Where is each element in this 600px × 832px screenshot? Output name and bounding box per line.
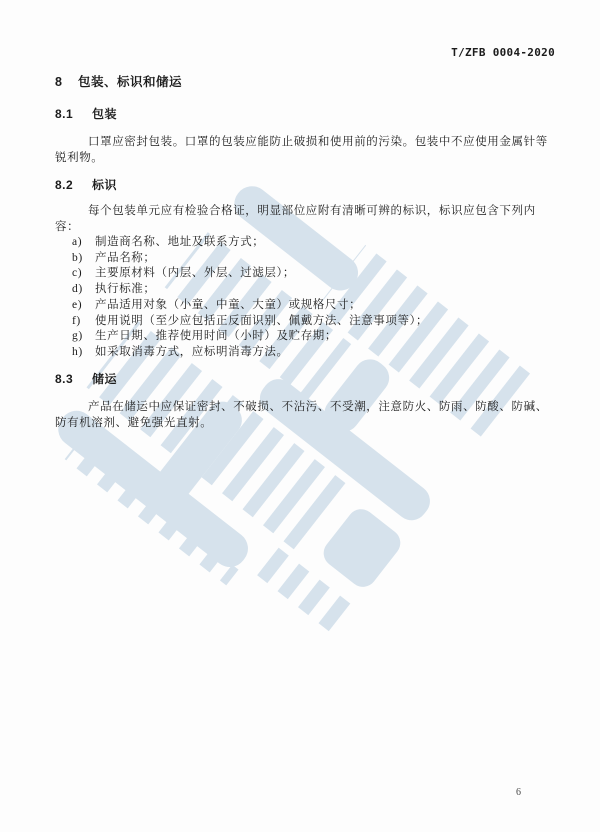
- section-title: 标识: [92, 178, 117, 192]
- section-heading-8: 8包装、标识和储运: [55, 75, 555, 90]
- section-heading-8-3: 8.3储运: [55, 372, 555, 387]
- section-heading-8-2: 8.2标识: [55, 178, 555, 193]
- list-item: f) 使用说明（至少应包括正反面识别、佩戴方法、注意事项等）；: [72, 314, 555, 330]
- item-label: f): [72, 314, 95, 330]
- list-item: c) 主要原材料（内层、外层、过滤层）；: [72, 266, 555, 282]
- section-title: 包装: [92, 107, 117, 121]
- document-content: T/ZFB 0004-2020 8包装、标识和储运 8.1包装 口罩应密封包装。…: [0, 0, 600, 432]
- page-number: 6: [516, 787, 521, 798]
- section-number: 8: [55, 75, 78, 90]
- document-page: T/ZFB 0004-2020 8包装、标识和储运 8.1包装 口罩应密封包装。…: [0, 0, 600, 832]
- item-text: 生产日期、推荐使用时间（小时）及贮存期；: [95, 329, 555, 345]
- item-label: c): [72, 266, 95, 282]
- list-item: g) 生产日期、推荐使用时间（小时）及贮存期；: [72, 329, 555, 345]
- item-text: 产品名称；: [95, 251, 555, 267]
- section-heading-8-1: 8.1包装: [55, 107, 555, 122]
- item-text: 产品适用对象（小童、中童、大童）或规格尺寸；: [95, 298, 555, 314]
- list-item: b) 产品名称；: [72, 251, 555, 267]
- item-text: 使用说明（至少应包括正反面识别、佩戴方法、注意事项等）；: [95, 314, 555, 330]
- item-text: 主要原材料（内层、外层、过滤层）；: [95, 266, 555, 282]
- section-number: 8.2: [55, 178, 92, 193]
- paragraph-storage: 产品在储运中应保证密封、不破损、不沾污、不受潮，注意防火、防雨、防酸、防碱、防有…: [55, 399, 555, 432]
- item-label: d): [72, 282, 95, 298]
- list-item: a) 制造商名称、地址及联系方式；: [72, 235, 555, 251]
- item-label: a): [72, 235, 95, 251]
- section-title: 储运: [92, 372, 117, 386]
- paragraph-marking-intro: 每个包装单元应有检验合格证，明显部位应附有清晰可辨的标识，标识应包含下列内容：: [55, 204, 555, 235]
- marking-items-list: a) 制造商名称、地址及联系方式； b) 产品名称； c) 主要原材料（内层、外…: [72, 235, 555, 361]
- list-item: h) 如采取消毒方式，应标明消毒方法。: [72, 345, 555, 361]
- section-number: 8.1: [55, 107, 92, 122]
- item-text: 如采取消毒方式，应标明消毒方法。: [95, 345, 555, 361]
- item-text: 执行标准；: [95, 282, 555, 298]
- paragraph-packaging: 口罩应密封包装。口罩的包装应能防止破损和使用前的污染。包装中不应使用金属针等锐利…: [55, 135, 555, 166]
- item-label: b): [72, 251, 95, 267]
- item-label: g): [72, 329, 95, 345]
- section-number: 8.3: [55, 372, 92, 387]
- list-item: d) 执行标准；: [72, 282, 555, 298]
- item-text: 制造商名称、地址及联系方式；: [95, 235, 555, 251]
- section-title: 包装、标识和储运: [78, 75, 182, 89]
- list-item: e) 产品适用对象（小童、中童、大童）或规格尺寸；: [72, 298, 555, 314]
- standard-code: T/ZFB 0004-2020: [55, 46, 555, 59]
- item-label: h): [72, 345, 95, 361]
- item-label: e): [72, 298, 95, 314]
